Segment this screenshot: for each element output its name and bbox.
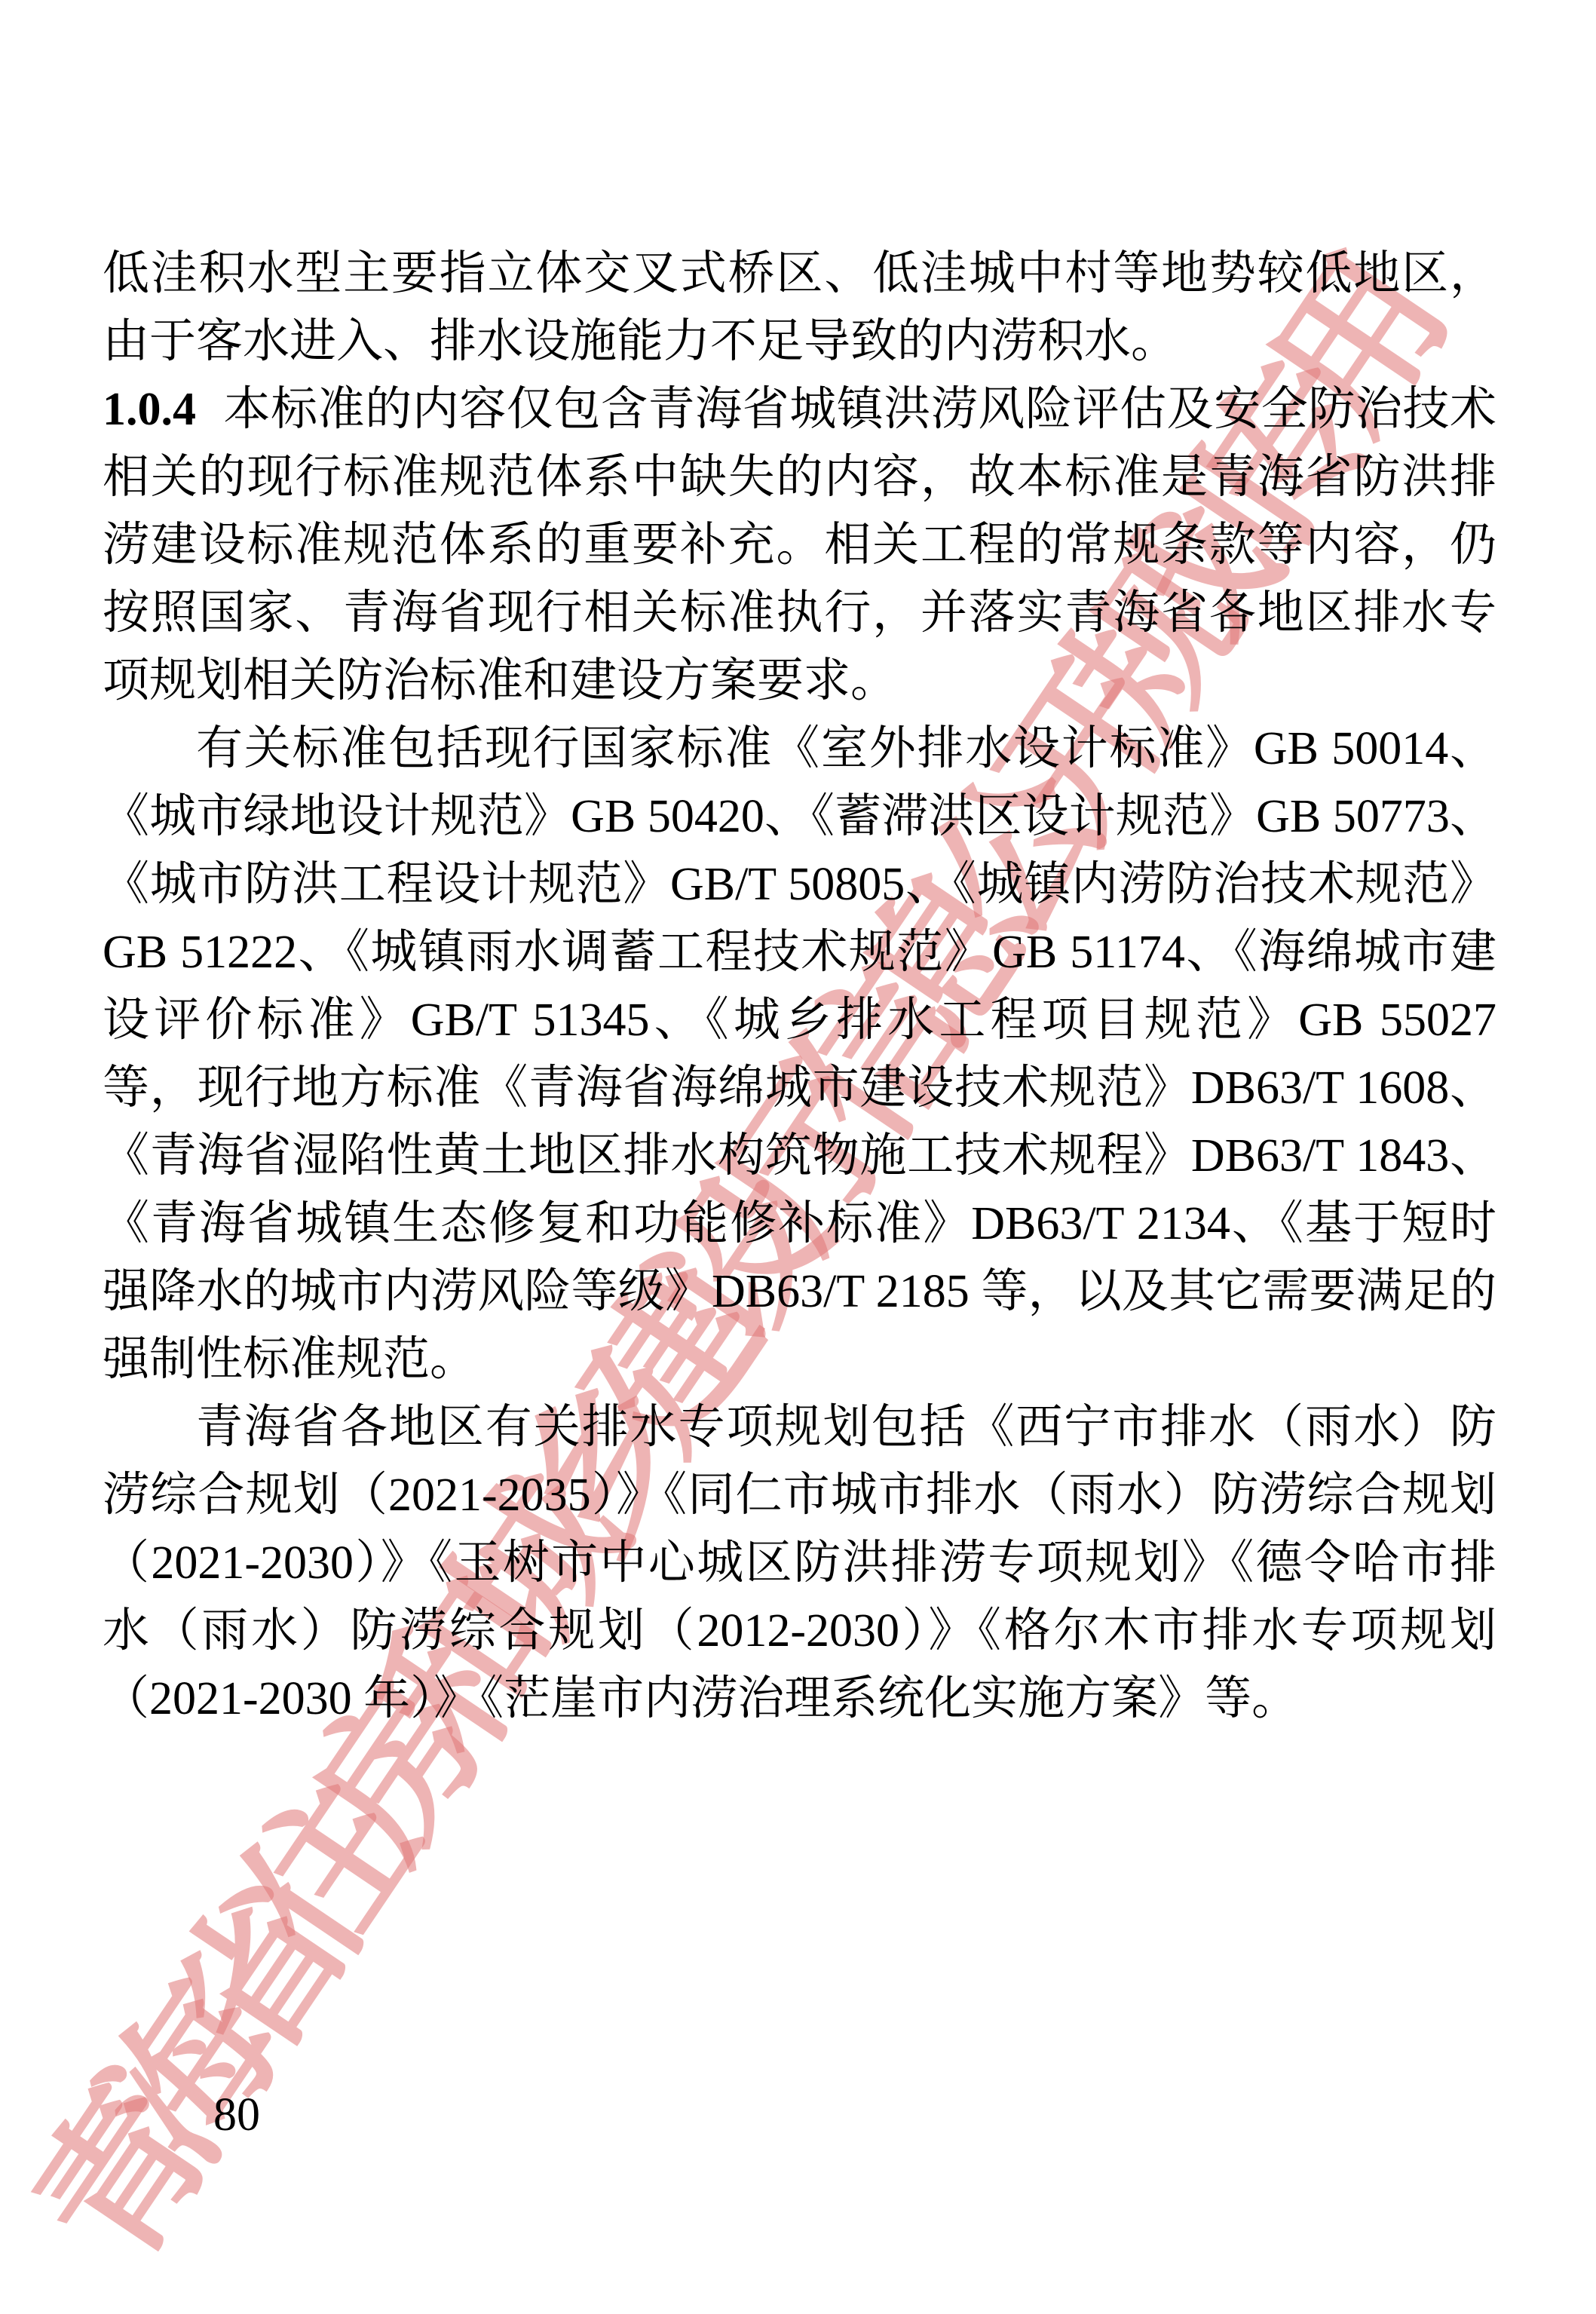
clause-paragraph: 1.0.4本标准的内容仅包含青海省城镇洪涝风险评估及安全防治技术相关的现行标准规…	[103, 375, 1496, 715]
clause-text: 本标准的内容仅包含青海省城镇洪涝风险评估及安全防治技术相关的现行标准规范体系中缺…	[103, 384, 1496, 706]
clause-number: 1.0.4	[103, 384, 196, 435]
page-number: 80	[213, 2081, 260, 2149]
plans-paragraph: 青海省各地区有关排水专项规划包括《西宁市排水（雨水）防涝综合规划（2021-20…	[103, 1393, 1496, 1733]
body-text: 低洼积水型主要指立体交叉式桥区、低洼城中村等地势较低地区，由于客水进入、排水设施…	[103, 240, 1496, 1733]
standards-paragraph: 有关标准包括现行国家标准《室外排水设计标准》GB 50014、《城市绿地设计规范…	[103, 715, 1496, 1393]
continuation-paragraph: 低洼积水型主要指立体交叉式桥区、低洼城中村等地势较低地区，由于客水进入、排水设施…	[103, 240, 1496, 375]
document-page: 青海省住房和城乡建设厅信息公开规划专用 低洼积水型主要指立体交叉式桥区、低洼城中…	[0, 0, 1596, 2314]
